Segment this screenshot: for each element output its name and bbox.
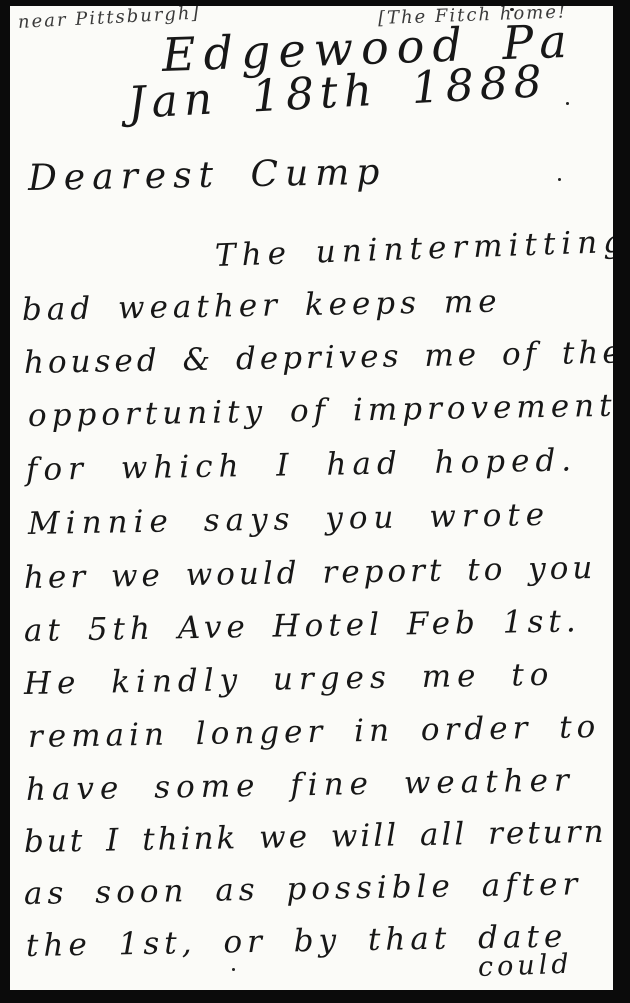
- letter-body-line: Minnie says you wrote: [28, 497, 551, 542]
- letter-body-line: The unintermitting: [214, 224, 613, 274]
- scan-speck: [232, 968, 235, 971]
- scan-speck: [558, 178, 561, 181]
- scan-speck: [510, 8, 514, 11]
- letter-body-line: but I think we will all return: [24, 814, 607, 860]
- scanned-letter-frame: near Pittsburgh] [The Fitch home! Edgewo…: [0, 0, 630, 1003]
- letter-body-line: at 5th Ave Hotel Feb 1st.: [24, 603, 581, 649]
- letter-body-line: for which I had hoped.: [26, 442, 578, 488]
- scan-speck: [566, 102, 569, 105]
- letter-body-line: remain longer in order to: [28, 709, 601, 755]
- letter-body-line: housed & deprives me of the: [24, 335, 613, 381]
- letter-catchword: could: [477, 949, 573, 983]
- letter-body-line: He kindly urges me to: [24, 657, 555, 702]
- letter-salutation: Dearest Cump: [28, 152, 387, 199]
- letter-page: near Pittsburgh] [The Fitch home! Edgewo…: [10, 6, 613, 990]
- letter-body-line: bad weather keeps me: [22, 284, 502, 328]
- letter-body-line: as soon as possible after: [24, 866, 583, 912]
- letter-body-line: opportunity of improvement: [28, 388, 613, 434]
- letter-body-line: have some fine weather: [26, 762, 575, 808]
- letter-body-line: her we would report to you: [24, 550, 597, 596]
